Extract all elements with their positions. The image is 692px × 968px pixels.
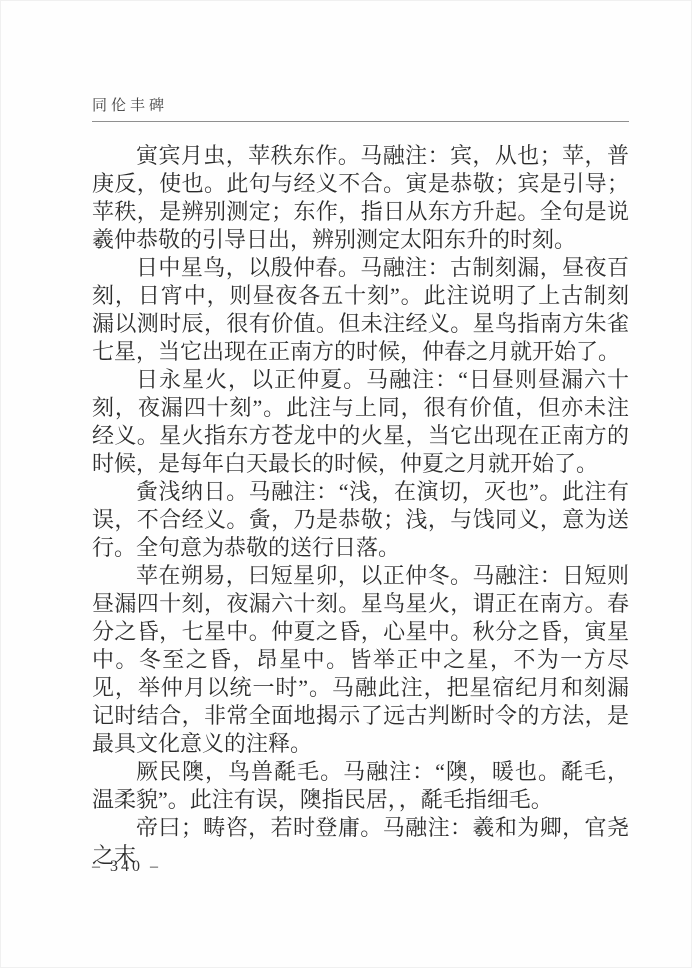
paragraph: 日中星鸟，以殷仲春。马融注：古制刻漏，昼夜百刻，日宵中，则昼夜各五十刻”。此注说… <box>92 254 629 366</box>
paragraph: 夤浅纳日。马融注：“浅，在演切，灭也”。此注有误，不合经义。夤，乃是恭敬；浅，与… <box>92 478 629 562</box>
paragraph: 寅宾月虫，苹秩东作。马融注：宾，从也；苹，普庚反，使也。此句与经义不合。寅是恭敬… <box>92 142 629 254</box>
book-page: 同伦丰碑 寅宾月虫，苹秩东作。马融注：宾，从也；苹，普庚反，使也。此句与经义不合… <box>0 0 692 968</box>
page-number: – 340 – <box>92 858 161 876</box>
running-header: 同伦丰碑 <box>92 94 168 115</box>
paragraph: 帝曰；畴咨，若时登庸。马融注：羲和为卿，官尧之末 <box>92 814 629 870</box>
page-body: 寅宾月虫，苹秩东作。马融注：宾，从也；苹，普庚反，使也。此句与经义不合。寅是恭敬… <box>92 142 629 870</box>
paragraph: 苹在朔易，曰短星卯，以正仲冬。马融注：日短则昼漏四十刻，夜漏六十刻。星鸟星火，谓… <box>92 562 629 758</box>
paragraph: 日永星火，以正仲夏。马融注：“日昼则昼漏六十刻，夜漏四十刻”。此注与上同，很有价… <box>92 366 629 478</box>
header-rule <box>92 121 629 122</box>
paragraph: 厥民隩，鸟兽氄毛。马融注：“隩，暖也。氄毛，温柔貌”。此注有误，隩指民居，，氄毛… <box>92 758 629 814</box>
